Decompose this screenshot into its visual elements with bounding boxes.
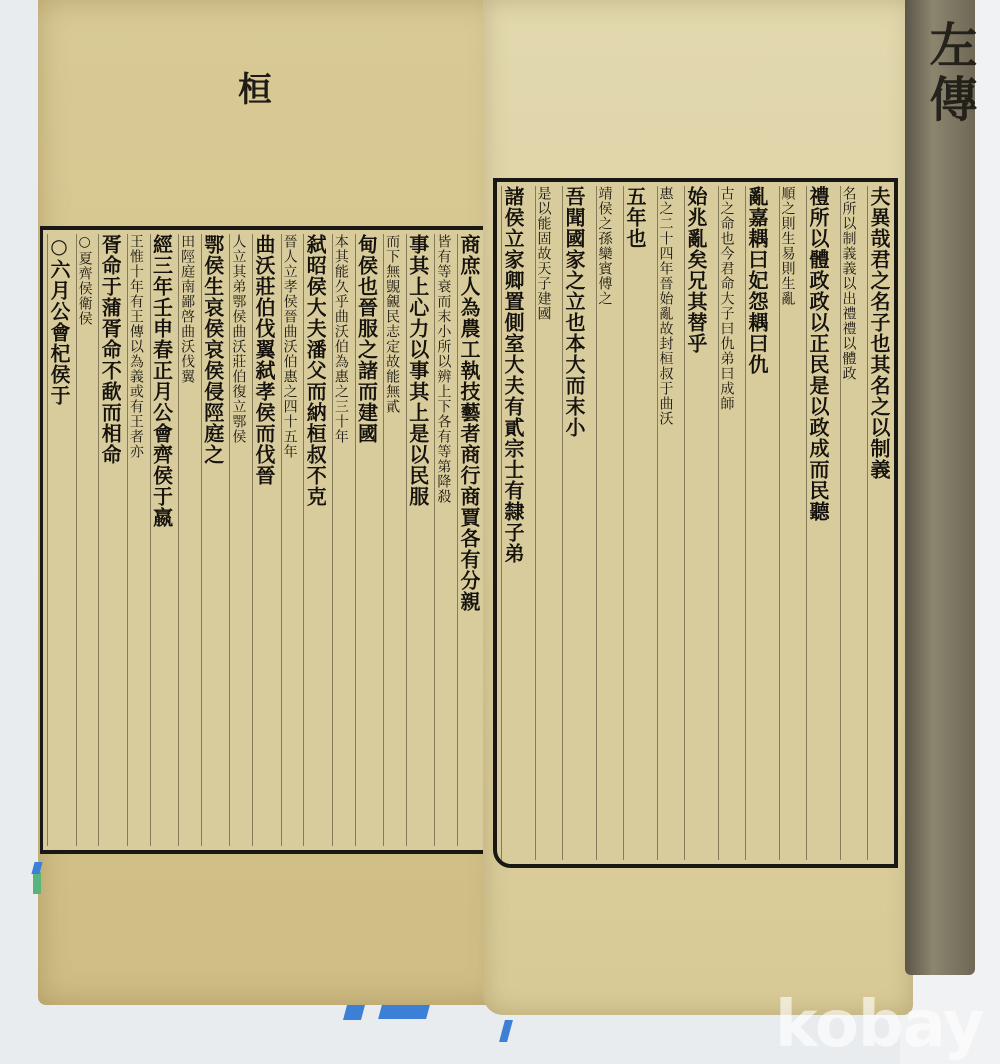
spine-label: 左傳 [915,20,984,128]
text-column: 田陘庭南鄙啓曲沃伐翼 [178,234,195,846]
text-column: 而下無覬覦民志定故能無貳 [383,234,400,846]
left-page: 桓 商庶人為農工執技藝者商行商賈各有分親皆有等衰而末小所以辨上下各有等第降殺事其… [38,0,500,1005]
text-column: 皆有等衰而末小所以辨上下各有等第降殺 [434,234,451,846]
right-page: 夫異哉君之名子也其名之以制義名所以制義義以出禮禮以體政禮所以體政政以正民是以政成… [483,0,913,1015]
text-column: 是以能固故天子建國 [535,186,552,860]
text-column: ○六月公會杞侯于 [47,234,70,846]
text-column: 吾聞國家之立也本大而末小 [562,186,585,860]
book-spine: 左傳 [905,0,975,975]
text-column: 古之命也今君命大子曰仇弟曰成師 [718,186,735,860]
text-column: 鄂侯生哀侯哀侯侵陘庭之 [201,234,224,846]
index-tab-green [33,872,41,894]
text-column: 人立其弟鄂侯曲沃莊伯復立鄂侯 [229,234,246,846]
text-column: 晉人立孝侯晉曲沃伯惠之四十五年 [281,234,298,846]
text-column: 亂嘉耦曰妃怨耦曰仇 [745,186,768,860]
right-text-columns: 夫異哉君之名子也其名之以制義名所以制義義以出禮禮以體政禮所以體政政以正民是以政成… [501,186,890,860]
index-tab-blue [378,1005,430,1019]
text-column: 五年也 [623,186,646,860]
right-text-frame: 夫異哉君之名子也其名之以制義名所以制義義以出禮禮以體政禮所以體政政以正民是以政成… [493,178,898,868]
text-column: 名所以制義義以出禮禮以體政 [840,186,857,860]
text-column: 惠之二十四年晉始亂故封桓叔于曲沃 [657,186,674,860]
index-tab-blue [499,1020,513,1042]
text-column: 靖侯之孫欒賓傅之 [596,186,613,860]
text-column: 曲沃莊伯伐翼弑孝侯而伐晉 [252,234,275,846]
text-column: 甸侯也晉服之諸而建國 [355,234,378,846]
text-column: 弑昭侯大夫潘父而納桓叔不克 [303,234,326,846]
watermark-logo: kobay [775,988,984,1062]
text-column: 始兆亂矣兄其替乎 [684,186,707,860]
left-text-frame: 商庶人為農工執技藝者商行商賈各有分親皆有等衰而末小所以辨上下各有等第降殺事其上心… [40,226,488,854]
text-column: 經三年壬申春正月公會齊侯于嬴 [150,234,173,846]
text-column: 王惟十年有王傳以為義或有王者亦 [127,234,144,846]
text-column: 夫異哉君之名子也其名之以制義 [867,186,890,860]
text-column: 順之則生易則生亂 [779,186,796,860]
left-text-columns: 商庶人為農工執技藝者商行商賈各有分親皆有等衰而末小所以辨上下各有等第降殺事其上心… [47,234,480,846]
index-tab-blue [343,1005,365,1020]
text-column: 事其上心力以事其上是以民服 [406,234,429,846]
text-column: ○夏齊侯衛侯 [76,234,93,846]
text-column: 商庶人為農工執技藝者商行商賈各有分親 [457,234,480,846]
text-column: 諸侯立家卿置側室大夫有貳宗士有隸子弟 [501,186,524,860]
text-column: 禮所以體政政以正民是以政成而民聽 [806,186,829,860]
page-header-character: 桓 [238,62,272,111]
text-column: 胥命于蒲胥命不歃而相命 [98,234,121,846]
text-column: 本其能久乎曲沃伯為惠之三十年 [332,234,349,846]
